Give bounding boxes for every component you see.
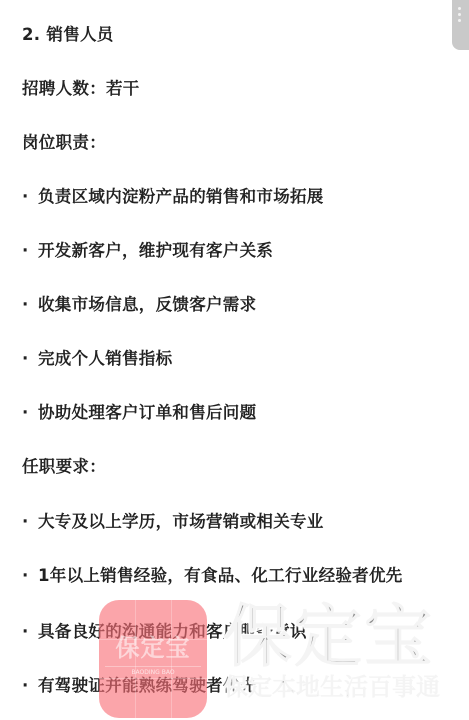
bullet-icon: · [22,621,38,643]
section-title: 2. 销售人员 [22,24,114,46]
duty-item: ·开发新客户，维护现有客户关系 [22,240,273,262]
duties-heading: 岗位职责： [22,132,106,154]
duty-item: ·协助处理客户订单和售后问题 [22,402,256,424]
bullet-icon: · [22,240,38,262]
bullet-icon: · [22,294,38,316]
scroll-handle[interactable] [452,0,469,50]
headcount-text: 招聘人数：若干 [22,78,140,100]
watermark-logo-title: 保定宝 [224,602,442,674]
watermark-logo: 保定宝 保定本地生活百事通 [224,602,442,702]
requirements-heading: 任职要求： [22,456,106,478]
bullet-icon: · [22,675,38,697]
bullet-icon: · [22,565,38,587]
watermark-logo-subtitle: 保定本地生活百事通 [224,672,442,702]
more-vertical-icon [458,7,461,22]
duty-item: ·收集市场信息，反馈客户需求 [22,294,256,316]
bullet-icon: · [22,402,38,424]
watermark-app-title: 保定宝 [99,628,207,663]
bullet-icon: · [22,511,38,533]
requirement-item: ·1年以上销售经验，有食品、化工行业经验者优先 [22,565,403,587]
watermark-app-icon: 保定宝 BAODING BAO [99,600,207,718]
bullet-icon: · [22,348,38,370]
duty-item: ·负责区域内淀粉产品的销售和市场拓展 [22,186,324,208]
watermark-app-subtitle: BAODING BAO [105,666,201,676]
requirement-item: ·大专及以上学历，市场营销或相关专业 [22,511,324,533]
duty-item: ·完成个人销售指标 [22,348,172,370]
bullet-icon: · [22,186,38,208]
